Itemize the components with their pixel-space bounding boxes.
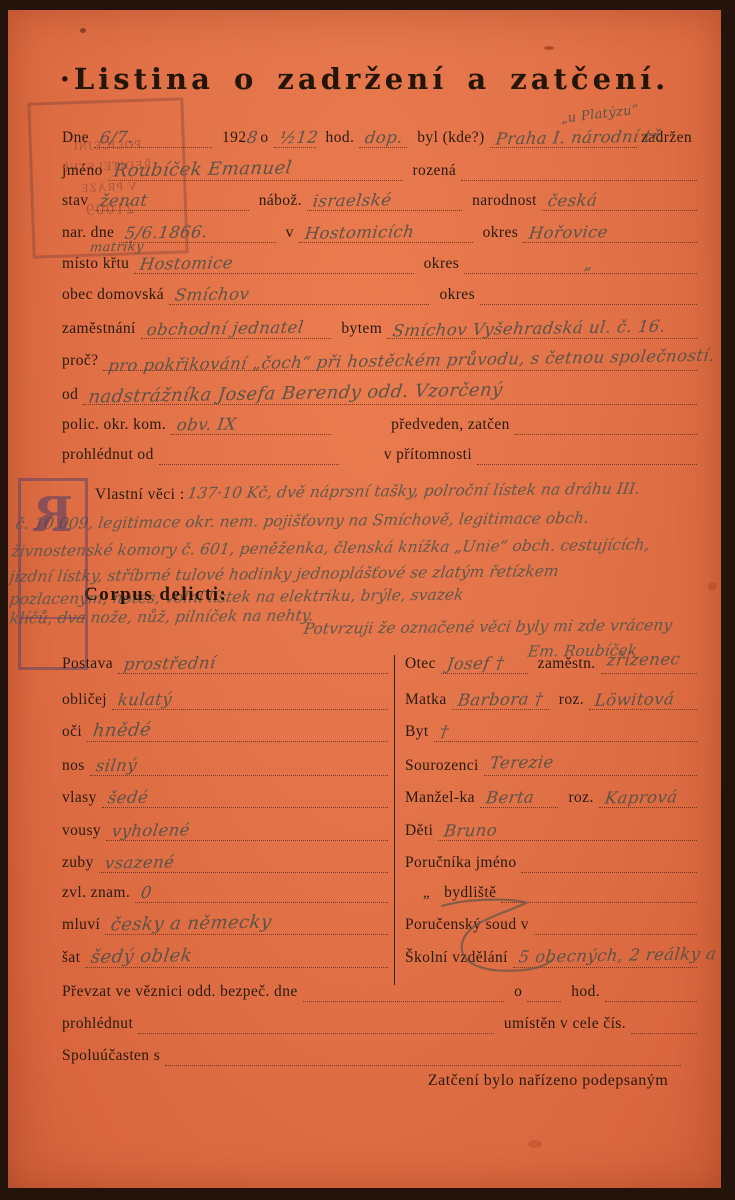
handwritten-district: Hořovice — [528, 222, 609, 242]
languages-line: česky a německy — [105, 912, 388, 935]
accomplice-line — [165, 1043, 681, 1066]
place-line: Praha I. národní tř. „u Platýzu“ — [490, 125, 637, 148]
handwritten-nationality: česká — [547, 191, 599, 211]
field-row-special-marks: zvl. znam. 0 — [62, 877, 388, 903]
prison-search-line — [138, 1011, 494, 1034]
spouse-maiden-line: Kaprová — [599, 785, 697, 808]
handwritten-name: Roubíček Emanuel — [112, 157, 293, 181]
field-row-birth: nar. dne 5/6.1866. v Hostomicích okres H… — [62, 217, 697, 243]
field-row-siblings: Sourozenci Terezie — [405, 750, 697, 776]
handwritten-mother-maiden: Löwitová — [594, 689, 676, 709]
field-label: polic. okr. kom. — [62, 416, 171, 435]
field-label: v přítomnosti — [339, 446, 477, 465]
face-line: kulatý — [112, 687, 388, 710]
beard-line: vyholené — [106, 818, 388, 841]
field-label: roz. — [549, 691, 589, 710]
religion-line: israelské — [307, 188, 462, 211]
name-line: Roubíček Emanuel — [108, 158, 403, 181]
arresting-officer-line: nadstrážníka Josefa Berendy odd. Vzorčen… — [83, 382, 697, 405]
field-label-text: místo křtu — [62, 255, 129, 272]
handwritten-residence: Smíchov Vyšehradská ul. č. 16. — [392, 317, 667, 341]
handwritten-status: ženat — [98, 191, 148, 211]
municipality-line: Smíchov — [169, 282, 429, 305]
field-label: zaměstnání — [62, 320, 141, 339]
reason-line: pro pokřikování „čoch“ při hostěckém prů… — [103, 348, 697, 371]
district-line — [480, 282, 697, 305]
scanned-document: ·Listina o zadržení a zatčení. POLICEJNÍ… — [0, 0, 735, 1200]
intake-hour-line — [527, 979, 561, 1002]
field-label: zaměstn. — [528, 655, 601, 674]
handwritten-municipality: Smíchov — [174, 284, 251, 304]
field-label: zuby — [62, 854, 99, 873]
handwritten-occupation: obchodní jednatel — [145, 318, 304, 340]
field-label: okres — [429, 286, 480, 305]
handwritten-birthplace: Hostomicích — [304, 222, 416, 243]
handwritten-nose: silný — [95, 756, 138, 776]
field-label: o — [504, 983, 527, 1002]
build-line: prostřední — [118, 651, 388, 674]
field-label: Sourozenci — [405, 757, 484, 776]
siblings-line: Terezie — [484, 753, 697, 776]
handwritten-baptism-place: Hostomice — [139, 253, 234, 274]
children-line: Bruno — [438, 818, 697, 841]
field-label: okres — [473, 224, 524, 243]
cell-number-line — [631, 1011, 697, 1034]
witness-line — [477, 442, 697, 465]
field-label: mluví — [62, 916, 105, 935]
handwritten-effects-line: jízdní lístky, stříbrné tulové hodinky j… — [8, 562, 559, 586]
field-row-police-commissariat: polic. okr. kom. obv. IX předveden, zatč… — [62, 409, 697, 435]
field-row-mother: Matka Barbora † roz. Löwitová — [405, 684, 697, 710]
handwritten-eyes: hnědé — [92, 719, 153, 741]
handwritten-siblings: Terezie — [488, 752, 554, 772]
stain — [528, 1140, 542, 1148]
field-label: Spoluúčasten s — [62, 1047, 165, 1066]
field-row-status: stav ženat nábož. israelské narodnost če… — [62, 185, 697, 211]
handwritten-effects-line: 137·10 Kč, dvě náprsní tašky, polroční l… — [187, 480, 642, 503]
corpus-delicti-label: Corpus delicti: — [84, 584, 227, 606]
field-label: bytem — [331, 320, 387, 339]
field-row-guardian-name: Poručníka jméno — [405, 847, 697, 873]
registry-stamp: R — [18, 478, 88, 670]
field-label: hod. — [316, 129, 360, 148]
field-row-home-municipality: obec domovská Smíchov okres — [62, 279, 697, 305]
district-line: Hořovice — [523, 220, 697, 243]
handwritten-beard: vyholené — [111, 820, 191, 840]
field-row-prison-search: prohlédnut umístěn v cele čís. — [62, 1008, 697, 1034]
field-row-father: Otec Josef † zaměstn. zřízenec — [405, 648, 697, 674]
field-row-beard: vousy vyholené — [62, 815, 388, 841]
district-line: „ — [464, 251, 697, 274]
field-label: nos — [62, 757, 90, 776]
cancellation-stroke — [428, 896, 568, 988]
field-label: rozená — [403, 162, 462, 181]
field-row-arrested-by: od nadstrážníka Josefa Berendy odd. Vzor… — [62, 379, 697, 405]
field-label: od — [62, 386, 83, 405]
field-label: roz. — [558, 789, 598, 808]
nose-line: silný — [90, 753, 388, 776]
field-label: vousy — [62, 822, 106, 841]
handwritten-effects-line: č. 10.009, legitimace okr. nem. pojišťov… — [14, 509, 590, 533]
field-label: Poručníka jméno — [405, 854, 521, 873]
field-label: Matka — [405, 691, 452, 710]
handwritten-time: ½12 — [278, 128, 319, 148]
maiden-name-line — [461, 158, 697, 181]
field-label: oči — [62, 723, 87, 742]
time-line: ½12 — [274, 125, 316, 148]
handwritten-ampm: dop. — [364, 128, 404, 148]
field-label: předveden, zatčen — [331, 416, 515, 435]
field-row-flat: Byt † — [405, 716, 697, 742]
handwritten-year: 8 — [246, 128, 259, 147]
field-row-date: Dne 6/7. 192 8 o ½12 hod. dop. byl (kde?… — [62, 122, 697, 148]
field-label: Převzat ve věznici odd. bezpeč. dne — [62, 983, 303, 1002]
handwritten-build: prostřední — [123, 653, 217, 674]
field-row-name: jméno Roubíček Emanuel rozená — [62, 155, 697, 181]
field-row-eyes: oči hnědé — [62, 716, 388, 742]
handwritten-mother: Barbora † — [456, 689, 544, 709]
field-label: Dne — [62, 129, 94, 148]
handwritten-father: Josef † — [446, 654, 506, 674]
stamp-letter: R — [21, 487, 85, 543]
field-label: místo křtu matriky — [62, 255, 134, 274]
field-label: Postava — [62, 655, 118, 674]
commissariat-line: obv. IX — [171, 412, 331, 435]
field-row-nose: nos silný — [62, 750, 388, 776]
special-marks-line: 0 — [135, 880, 388, 903]
page-title: ·Listina o zadržení a zatčení. — [8, 62, 721, 96]
handwritten-face: kulatý — [117, 690, 174, 710]
hair-line: šedé — [102, 785, 388, 808]
field-label: proč? — [62, 352, 103, 371]
nationality-line: česká — [542, 188, 697, 211]
field-row-clothing: šat šedý oblek — [62, 942, 388, 968]
field-label: prohlédnut — [62, 1015, 138, 1034]
field-label: okres — [414, 255, 465, 274]
handwritten-children: Bruno — [443, 821, 499, 841]
field-label: nábož. — [249, 192, 307, 211]
field-label: Byt — [405, 723, 434, 742]
father-line: Josef † — [441, 651, 528, 674]
mother-line: Barbora † — [452, 687, 549, 710]
father-occupation-line: zřízenec — [601, 651, 697, 674]
field-label: stav — [62, 192, 94, 211]
clothing-line: šedý oblek — [85, 945, 388, 968]
field-label: šat — [62, 949, 85, 968]
field-label: narodnost — [462, 192, 542, 211]
handwritten-special-marks: 0 — [140, 883, 153, 902]
handwritten-commissariat: obv. IX — [176, 414, 238, 434]
handwritten-clothing: šedý oblek — [90, 945, 194, 968]
flat-line: † — [434, 719, 697, 742]
baptism-place-line: Hostomice — [134, 251, 413, 274]
field-row-searched-by: prohlédnut od v přítomnosti — [62, 439, 697, 465]
field-label: obec domovská — [62, 286, 169, 305]
handwritten-teeth: vsazené — [103, 852, 175, 872]
field-label: o — [260, 129, 273, 148]
field-label: hod. — [561, 983, 605, 1002]
field-row-hair: vlasy šedé — [62, 782, 388, 808]
field-label: Otec — [405, 655, 441, 674]
field-row-spouse: Manžel-ka Berta roz. Kaprová — [405, 782, 697, 808]
teeth-line: vsazené — [99, 850, 388, 873]
handwritten-spouse-maiden: Kaprová — [603, 787, 678, 807]
stain — [544, 46, 554, 50]
date-line: 6/7. — [94, 125, 212, 148]
guardian-name-line — [521, 850, 697, 873]
field-label: umístěn v cele čís. — [494, 1015, 631, 1034]
intake-hour-suffix-line — [605, 979, 697, 1002]
handwritten-date: 6/7. — [99, 128, 135, 148]
occupation-line: obchodní jednatel — [141, 316, 332, 339]
arrest-order-note: Zatčení bylo nařízeno podepsaným — [388, 1072, 708, 1090]
handwritten-effects-line: živnostenské komory č. 601, peněženka, č… — [10, 536, 650, 561]
mother-maiden-line: Löwitová — [589, 687, 697, 710]
column-divider — [394, 655, 395, 985]
field-row-prison-intake: Převzat ve věznici odd. bezpeč. dne o ho… — [62, 976, 697, 1002]
form-paper: ·Listina o zadržení a zatčení. POLICEJNÍ… — [8, 10, 721, 1188]
handwritten-officer: nadstrážníka Josefa Berendy odd. Vzorčen… — [88, 379, 505, 407]
field-row-baptism: místo křtu matriky Hostomice okres „ — [62, 248, 697, 274]
field-row-build: Postava prostřední — [62, 648, 388, 674]
ampm-line: dop. — [359, 125, 407, 148]
field-label: vlasy — [62, 789, 102, 808]
field-label: obličej — [62, 691, 112, 710]
field-label: Děti — [405, 822, 438, 841]
field-row-reason: proč? pro pokřikování „čoch“ při hostěck… — [62, 345, 697, 371]
field-row-face: obličej kulatý — [62, 684, 388, 710]
field-label: jméno — [62, 162, 108, 181]
field-label: v — [276, 224, 299, 243]
searched-by-line — [159, 442, 339, 465]
stamp-divider — [21, 617, 85, 619]
birthplace-line: Hostomicích — [299, 220, 473, 243]
handwritten-reason: pro pokřikování „čoch“ při hostěckém prů… — [108, 346, 717, 376]
field-row-occupation: zaměstnání obchodní jednatel bytem Smích… — [62, 313, 697, 339]
residence-line: Smíchov Vyšehradská ul. č. 16. — [387, 316, 697, 339]
field-label: Manžel-ka — [405, 789, 480, 808]
handwritten-languages: česky a německy — [110, 912, 273, 936]
handwritten-cross: † — [438, 722, 449, 741]
status-line: ženat — [94, 188, 249, 211]
field-row-speaks: mluví česky a německy — [62, 909, 388, 935]
arraigned-line — [515, 412, 697, 435]
field-label: zvl. znam. — [62, 884, 135, 903]
handwritten-spouse: Berta — [485, 788, 536, 808]
spouse-line: Berta — [480, 785, 559, 808]
handwritten-religion: israelské — [312, 190, 393, 210]
handwritten-hair: šedé — [107, 788, 150, 808]
field-row-children: Děti Bruno — [405, 815, 697, 841]
handwritten-father-occupation: zřízenec — [605, 649, 681, 669]
field-row-teeth: zuby vsazené — [62, 847, 388, 873]
handwritten-confirmation: Potvrzuji že označené věci byly mi zde v… — [303, 616, 674, 638]
field-label: Vlastní věci : — [95, 486, 185, 504]
intake-date-line — [303, 979, 504, 1002]
ditto-mark: „ — [583, 254, 594, 273]
field-label: byl (kde?) — [407, 129, 489, 148]
field-label: prohlédnut od — [62, 446, 159, 465]
eyes-line: hnědé — [87, 719, 388, 742]
field-row-accomplice: Spoluúčasten s — [62, 1040, 681, 1066]
stain — [80, 28, 86, 33]
